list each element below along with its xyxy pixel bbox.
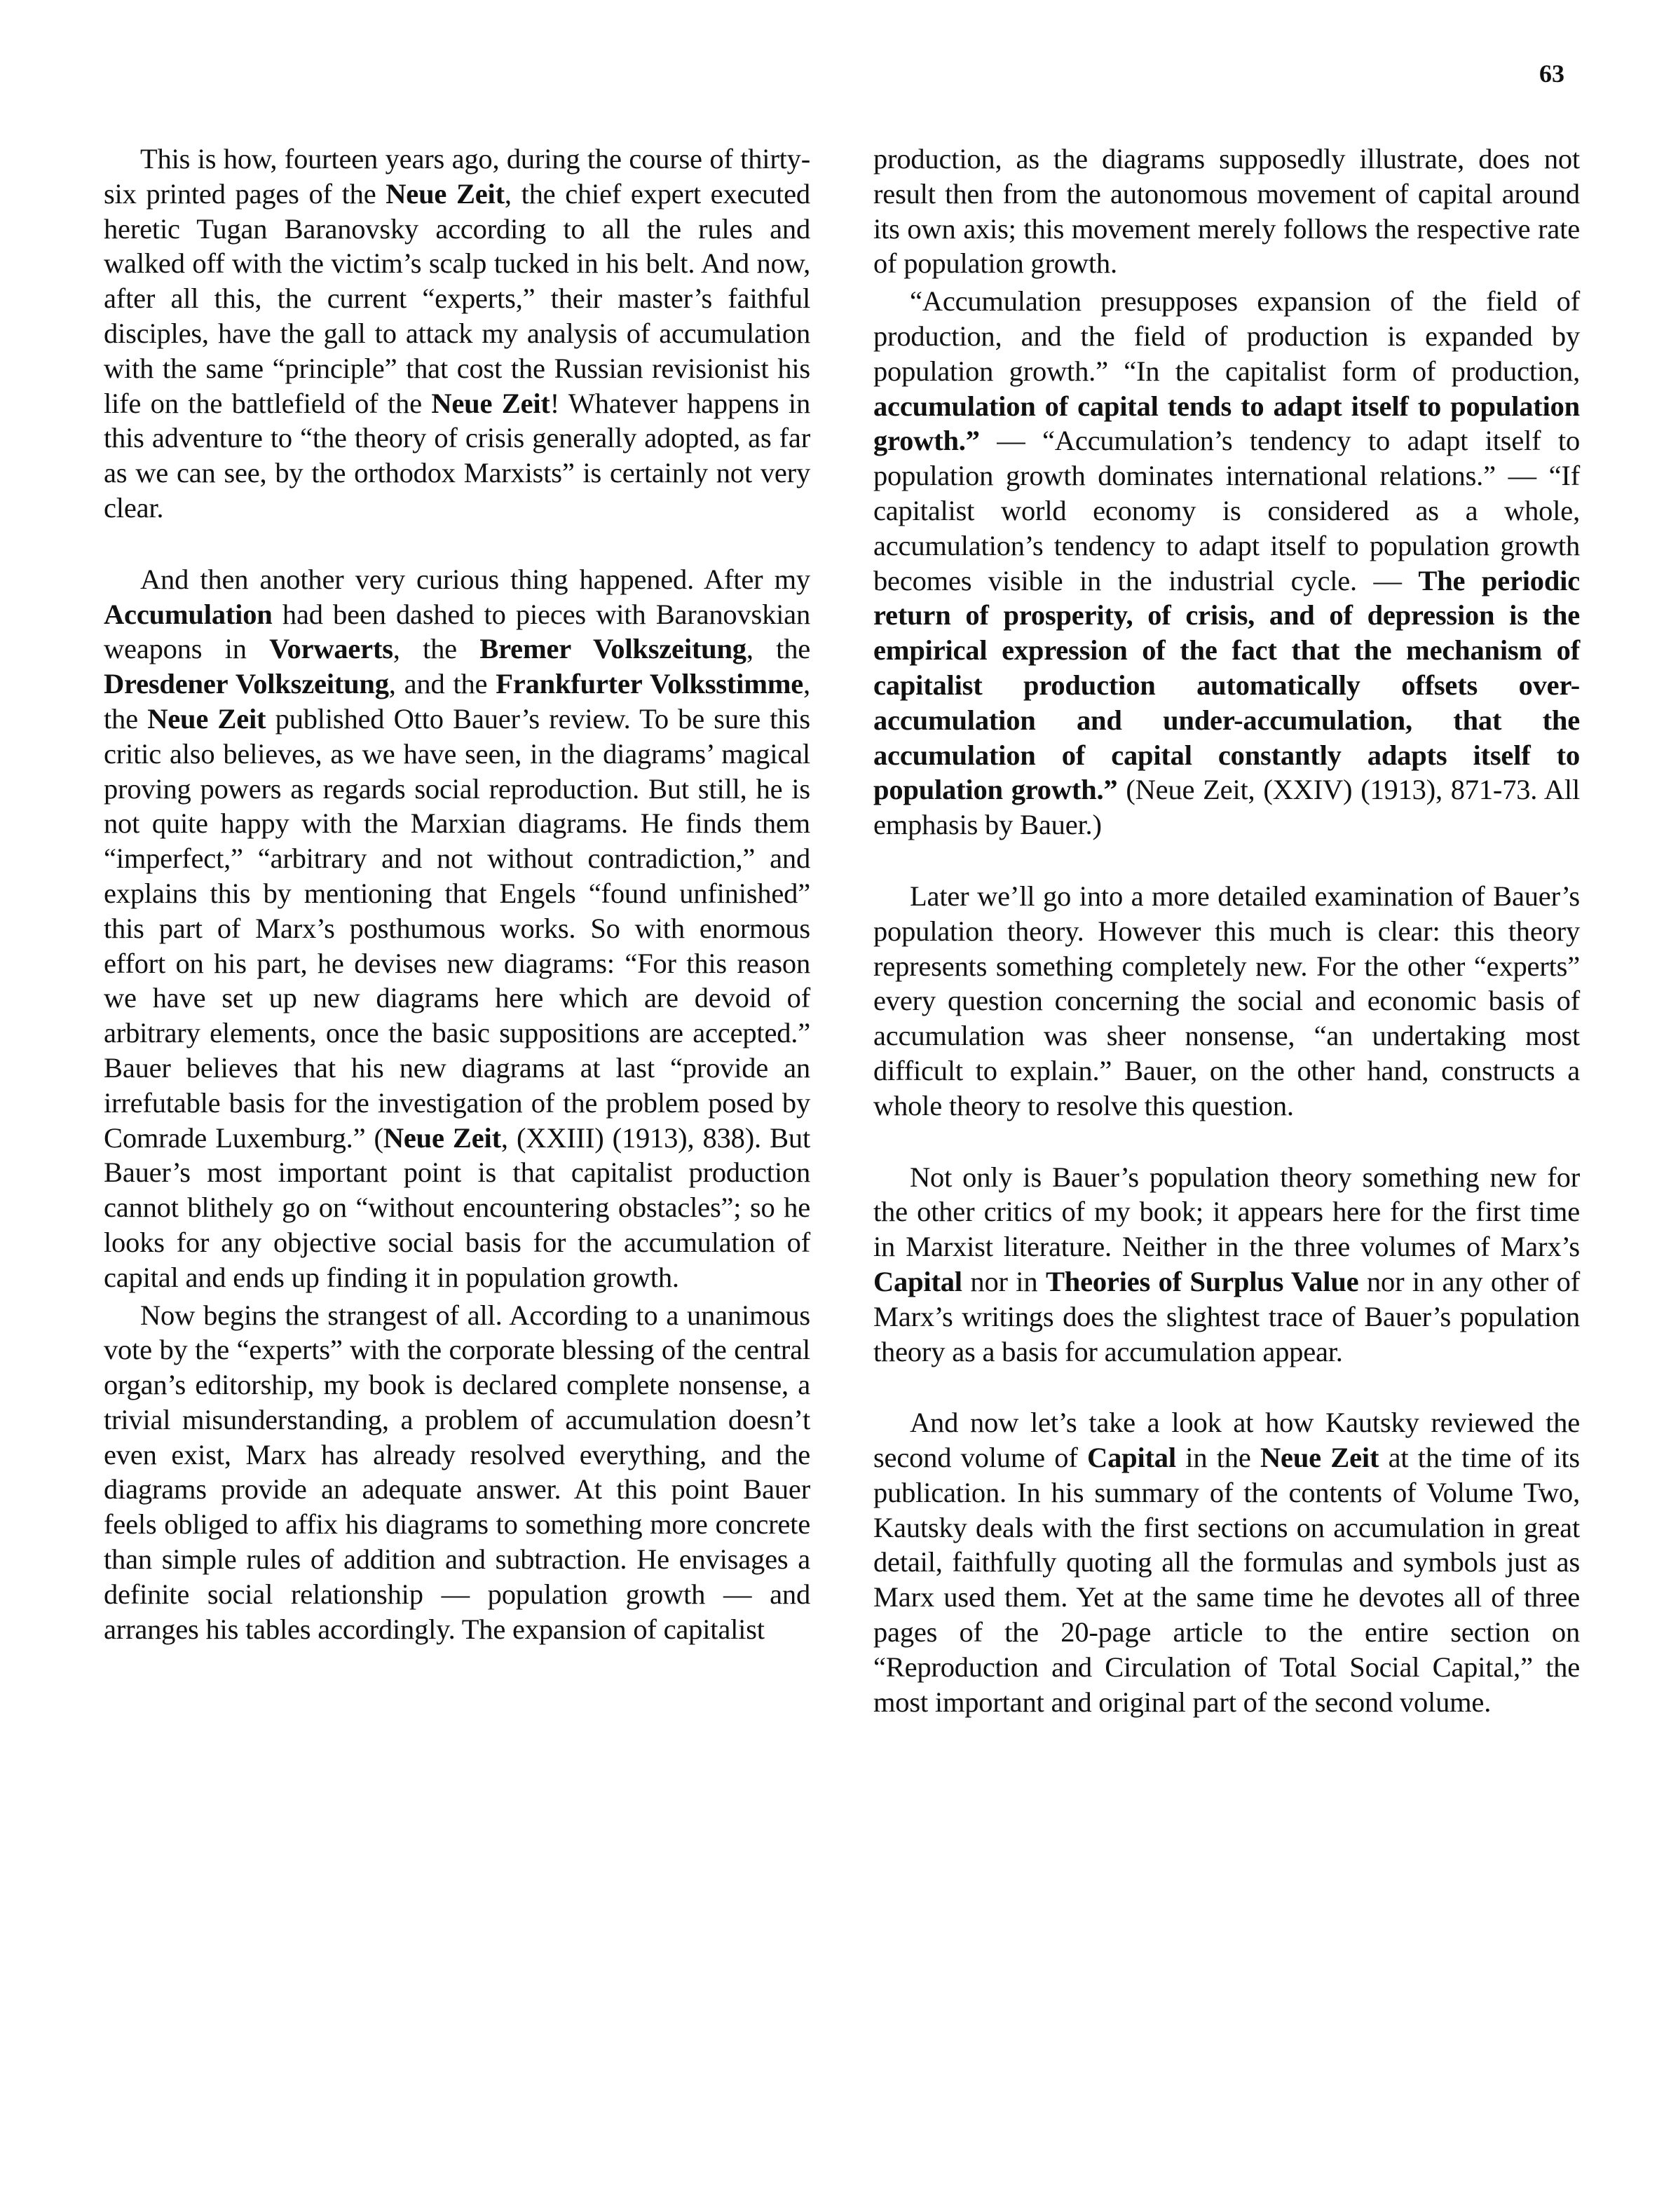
emphasis-text: Capital [1087,1442,1176,1473]
body-paragraph: Later we’ll go into a more detailed exam… [873,879,1580,1124]
emphasis-text: Neue Zeit [1260,1442,1379,1473]
body-text: in the [1176,1442,1260,1473]
emphasis-text: Accumulation [104,599,273,630]
body-text: Not only is Bauer’s population theory so… [873,1161,1580,1263]
emphasis-text: Neue Zeit [383,1122,501,1154]
page-number: 63 [1539,59,1564,88]
body-paragraph: This is how, fourteen years ago, during … [104,142,810,526]
emphasis-text: Bremer Volkszeitung [479,633,746,664]
body-paragraph: Not only is Bauer’s population theory so… [873,1160,1580,1370]
paragraph-gap [873,842,1580,879]
body-text: Now begins the strangest of all. Accordi… [104,1299,810,1645]
body-text: at the time of its publication. In his s… [873,1442,1580,1718]
body-paragraph: production, as the diagrams supposedly i… [873,142,1580,281]
left-column: This is how, fourteen years ago, during … [104,142,810,1646]
body-text: , the [393,633,480,664]
paragraph-gap [873,1369,1580,1405]
emphasis-text: Theories of Surplus Value [1046,1266,1359,1297]
body-text: production, as the diagrams supposedly i… [873,143,1580,279]
body-text: , the chief expert executed heretic Tuga… [104,178,810,419]
right-column: production, as the diagrams supposedly i… [873,142,1580,1719]
body-paragraph: And now let’s take a look at how Kautsky… [873,1405,1580,1719]
emphasis-text: Capital [873,1266,962,1297]
body-paragraph: And then another very curious thing happ… [104,562,810,1295]
emphasis-text: The periodic return of prosperity, of cr… [873,565,1580,806]
paragraph-gap [104,526,810,562]
body-paragraph: “Accumulation presupposes expansion of t… [873,284,1580,842]
body-text: , the [746,633,810,664]
body-text: “Accumulation presupposes expansion of t… [873,285,1580,387]
body-text: , and the [389,668,496,699]
emphasis-text: Neue Zeit [431,388,550,419]
body-text: And then another very curious thing happ… [140,564,810,595]
body-text: Later we’ll go into a more detailed exam… [873,880,1580,1121]
paragraph-gap [873,1124,1580,1160]
body-text: published Otto Bauer’s review. To be sur… [104,703,810,1154]
emphasis-text: Vorwaerts [269,633,393,664]
emphasis-text: Frankfurter Volksstimme [496,668,803,699]
emphasis-text: Neue Zeit [386,178,505,210]
body-paragraph: Now begins the strangest of all. Accordi… [104,1298,810,1647]
emphasis-text: Dresdener Volkszeitung [104,668,389,699]
emphasis-text: Neue Zeit [147,703,266,735]
body-text: nor in [962,1266,1046,1297]
